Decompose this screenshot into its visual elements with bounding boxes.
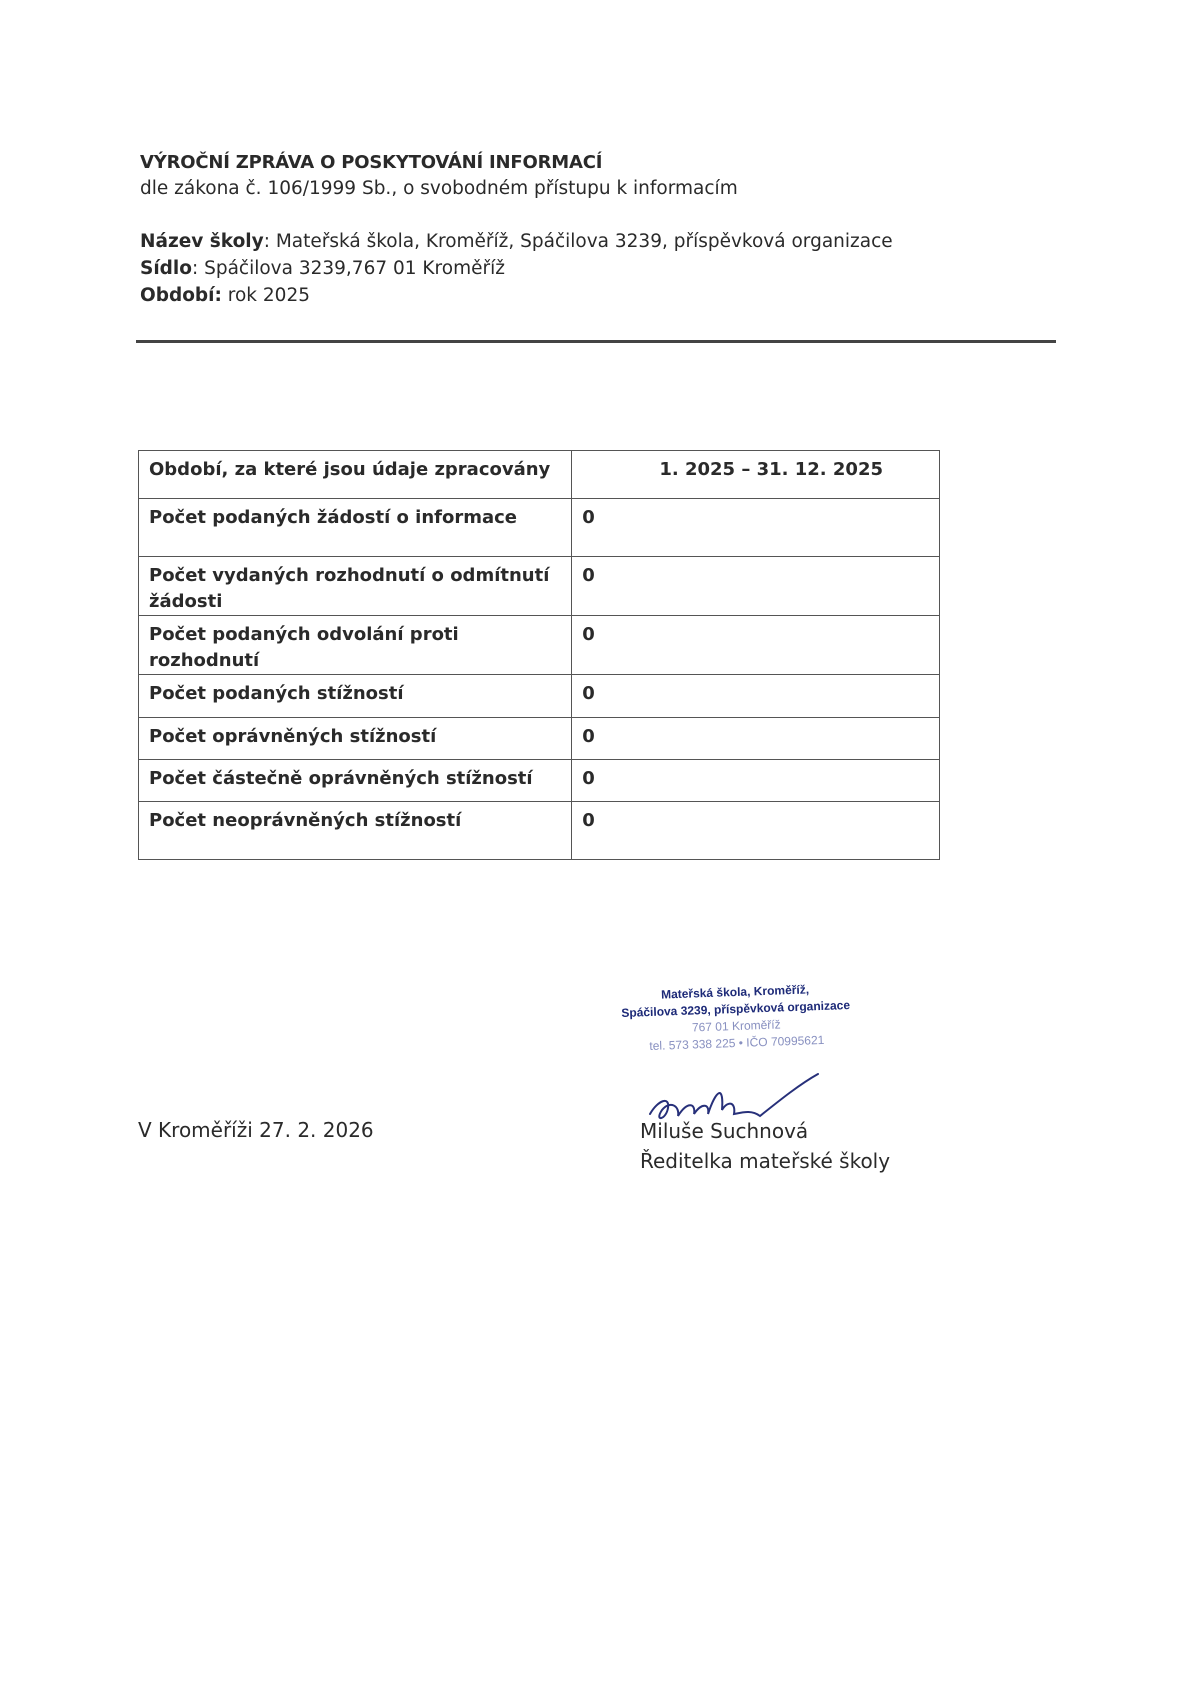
school-name-value: : Mateřská škola, Kroměříž, Spáčilova 32… <box>264 231 893 252</box>
place-and-date: V Kroměříži 27. 2. 2026 <box>138 1118 374 1142</box>
table-row: Počet podaných žádostí o informace 0 <box>139 499 940 557</box>
report-subtitle: dle zákona č. 106/1999 Sb., o svobodném … <box>140 176 738 202</box>
row-value: 0 <box>572 760 940 802</box>
period-label: Období: <box>140 285 222 306</box>
row-value: 0 <box>572 675 940 718</box>
school-stamp: Mateřská škola, Kroměříž, Spáčilova 3239… <box>605 979 867 1056</box>
school-name-line: Název školy: Mateřská škola, Kroměříž, S… <box>140 228 893 255</box>
row-value: 0 <box>572 499 940 557</box>
school-name-label: Název školy <box>140 231 264 252</box>
row-value: 1. 2025 – 31. 12. 2025 <box>572 451 940 499</box>
report-title: VÝROČNÍ ZPRÁVA O POSKYTOVÁNÍ INFORMACÍ <box>140 150 738 176</box>
signer-block: Miluše Suchnová Ředitelka mateřské školy <box>640 1116 890 1176</box>
row-label: Počet oprávněných stížností <box>139 718 572 760</box>
school-address-line: Sídlo: Spáčilova 3239,767 01 Kroměříž <box>140 255 893 282</box>
table-row: Počet neoprávněných stížností 0 <box>139 802 940 860</box>
period-value: rok 2025 <box>222 285 310 306</box>
table-row: Počet vydaných rozhodnutí o odmítnutí žá… <box>139 557 940 616</box>
row-label: Období, za které jsou údaje zpracovány <box>139 451 572 499</box>
table-row: Počet podaných odvolání proti rozhodnutí… <box>139 616 940 675</box>
row-value: 0 <box>572 718 940 760</box>
school-address-value: : Spáčilova 3239,767 01 Kroměříž <box>192 258 505 279</box>
row-value: 0 <box>572 616 940 675</box>
row-value: 0 <box>572 802 940 860</box>
table-row: Počet oprávněných stížností 0 <box>139 718 940 760</box>
statistics-table: Období, za které jsou údaje zpracovány 1… <box>138 450 940 860</box>
period-line: Období: rok 2025 <box>140 282 893 309</box>
school-address-label: Sídlo <box>140 258 192 279</box>
row-label: Počet vydaných rozhodnutí o odmítnutí žá… <box>139 557 572 616</box>
signer-role: Ředitelka mateřské školy <box>640 1146 890 1176</box>
signer-name: Miluše Suchnová <box>640 1116 890 1146</box>
row-label: Počet podaných stížností <box>139 675 572 718</box>
row-label: Počet podaných odvolání proti rozhodnutí <box>139 616 572 675</box>
table-row: Období, za které jsou údaje zpracovány 1… <box>139 451 940 499</box>
document-page: VÝROČNÍ ZPRÁVA O POSKYTOVÁNÍ INFORMACÍ d… <box>0 0 1190 1682</box>
header-divider <box>136 340 1056 343</box>
row-value: 0 <box>572 557 940 616</box>
table-row: Počet částečně oprávněných stížností 0 <box>139 760 940 802</box>
row-label: Počet neoprávněných stížností <box>139 802 572 860</box>
row-label: Počet podaných žádostí o informace <box>139 499 572 557</box>
school-info: Název školy: Mateřská škola, Kroměříž, S… <box>140 228 893 309</box>
table-row: Počet podaných stížností 0 <box>139 675 940 718</box>
report-header: VÝROČNÍ ZPRÁVA O POSKYTOVÁNÍ INFORMACÍ d… <box>140 150 738 202</box>
row-label: Počet částečně oprávněných stížností <box>139 760 572 802</box>
